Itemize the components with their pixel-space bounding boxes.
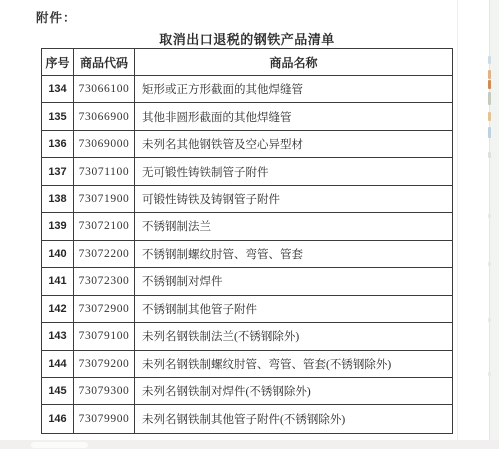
- row-serial-cell: 136: [42, 131, 74, 158]
- row-serial-cell: 145: [42, 378, 74, 405]
- table-row: 146 73079900 未列名钢铁制其他管子附件(不锈钢除外): [42, 405, 452, 432]
- table-row: 144 73079200 未列名钢铁制螺纹肘管、弯管、管套(不锈钢除外): [42, 351, 452, 378]
- row-serial-cell: 137: [42, 158, 74, 185]
- page-fold-line: [457, 0, 458, 449]
- table-row: 143 73079100 未列名钢铁制法兰(不锈钢除外): [42, 323, 452, 350]
- table-row: 138 73071900 可锻性铸铁及铸钢管子附件: [42, 186, 452, 213]
- row-name-cell: 不锈钢制对焊件: [135, 268, 452, 295]
- edge-artifact-speck: [488, 56, 491, 64]
- column-header-name: 商品名称: [135, 49, 452, 76]
- row-serial-cell: 138: [42, 186, 74, 213]
- page-edge-strip: [489, 0, 499, 449]
- edge-artifact-speck: [488, 127, 491, 138]
- row-serial-cell: 142: [42, 296, 74, 323]
- table-row: 145 73079300 未列名钢铁制对焊件(不锈钢除外): [42, 378, 452, 405]
- row-serial-cell: 141: [42, 268, 74, 295]
- row-name-cell: 矩形或正方形截面的其他焊缝管: [135, 76, 452, 103]
- table-row: 136 73069000 未列名其他钢铁管及空心异型材: [42, 131, 452, 158]
- table-row: 142 73072900 不锈钢制其他管子附件: [42, 296, 452, 323]
- row-name-cell: 未列名钢铁制螺纹肘管、弯管、管套(不锈钢除外): [135, 351, 452, 378]
- row-code-cell: 73072300: [74, 268, 135, 295]
- table-row: 141 73072300 不锈钢制对焊件: [42, 268, 452, 295]
- row-name-cell: 其他非圆形截面的其他焊缝管: [135, 103, 452, 130]
- row-serial-cell: 135: [42, 103, 74, 130]
- row-name-cell: 未列名钢铁制对焊件(不锈钢除外): [135, 378, 452, 405]
- bottom-band-highlight: [31, 442, 88, 448]
- row-code-cell: 73066100: [74, 76, 135, 103]
- row-code-cell: 73071900: [74, 186, 135, 213]
- table-row: 140 73072200 不锈钢制螺纹肘管、弯管、管套: [42, 241, 452, 268]
- row-name-cell: 不锈钢制螺纹肘管、弯管、管套: [135, 241, 452, 268]
- row-name-cell: 无可锻性铸铁制管子附件: [135, 158, 452, 185]
- row-code-cell: 73072900: [74, 296, 135, 323]
- column-header-serial: 序号: [42, 49, 74, 76]
- column-header-code: 商品代码: [74, 49, 135, 76]
- document-page: 附件： 取消出口退税的钢铁产品清单 序号 商品代码 商品名称 134 73066…: [0, 0, 499, 449]
- edge-artifact-speck: [488, 318, 491, 322]
- row-serial-cell: 143: [42, 323, 74, 350]
- edge-artifact-speck: [488, 70, 491, 79]
- table-body: 134 73066100 矩形或正方形截面的其他焊缝管 135 73066900…: [42, 76, 452, 433]
- edge-artifact-speck: [488, 80, 491, 89]
- row-serial-cell: 139: [42, 213, 74, 240]
- table-row: 135 73066900 其他非圆形截面的其他焊缝管: [42, 103, 452, 130]
- table-row: 139 73072100 不锈钢制法兰: [42, 213, 452, 240]
- row-serial-cell: 146: [42, 405, 74, 432]
- row-serial-cell: 144: [42, 351, 74, 378]
- row-code-cell: 73079100: [74, 323, 135, 350]
- table-header-row: 序号 商品代码 商品名称: [42, 49, 452, 76]
- edge-artifact-speck: [488, 214, 491, 218]
- edge-artifact-speck: [488, 112, 491, 121]
- row-name-cell: 可锻性铸铁及铸钢管子附件: [135, 186, 452, 213]
- attachment-label: 附件：: [36, 8, 77, 26]
- row-name-cell: 不锈钢制其他管子附件: [135, 296, 452, 323]
- row-code-cell: 73079900: [74, 405, 135, 432]
- row-name-cell: 未列名其他钢铁管及空心异型材: [135, 131, 452, 158]
- row-serial-cell: 134: [42, 76, 74, 103]
- edge-artifact-speck: [488, 372, 491, 376]
- row-serial-cell: 140: [42, 241, 74, 268]
- edge-artifact-speck: [488, 152, 491, 158]
- products-table: 序号 商品代码 商品名称 134 73066100 矩形或正方形截面的其他焊缝管…: [41, 48, 453, 434]
- bottom-band: [0, 440, 499, 449]
- row-code-cell: 73069000: [74, 131, 135, 158]
- row-code-cell: 73072200: [74, 241, 135, 268]
- table-row: 137 73071100 无可锻性铸铁制管子附件: [42, 158, 452, 185]
- row-code-cell: 73079300: [74, 378, 135, 405]
- edge-artifact-speck: [488, 262, 491, 266]
- row-code-cell: 73079200: [74, 351, 135, 378]
- edge-artifact-speck: [488, 92, 491, 105]
- row-code-cell: 73071100: [74, 158, 135, 185]
- row-code-cell: 73072100: [74, 213, 135, 240]
- row-name-cell: 不锈钢制法兰: [135, 213, 452, 240]
- row-name-cell: 未列名钢铁制其他管子附件(不锈钢除外): [135, 405, 452, 432]
- row-code-cell: 73066900: [74, 103, 135, 130]
- row-name-cell: 未列名钢铁制法兰(不锈钢除外): [135, 323, 452, 350]
- table-row: 134 73066100 矩形或正方形截面的其他焊缝管: [42, 76, 452, 103]
